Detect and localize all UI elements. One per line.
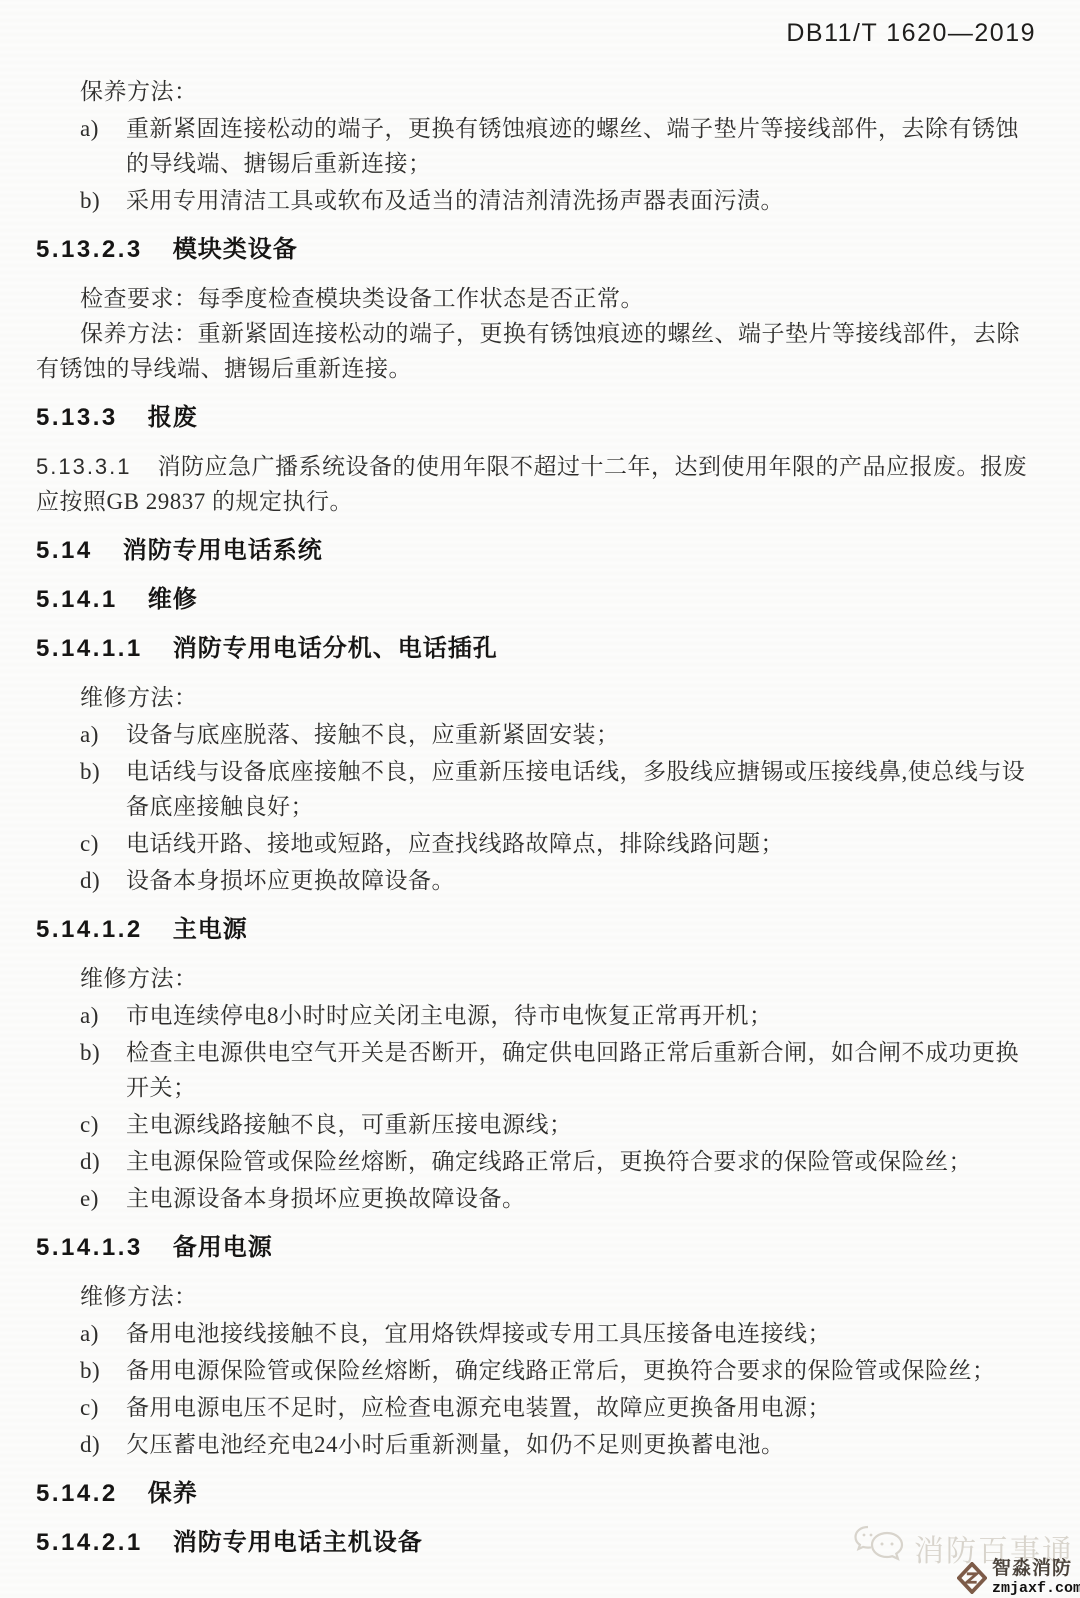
list-marker: a) bbox=[80, 717, 126, 752]
list-item-text: 电话线开路、接地或短路，应查找线路故障点，排除线路问题； bbox=[126, 826, 1036, 861]
section-title: 主电源 bbox=[173, 912, 248, 947]
section-title: 消防专用电话系统 bbox=[123, 533, 323, 568]
section-heading-backup-power: 5.14.1.3 备用电源 bbox=[36, 1230, 1036, 1265]
list-item-text: 备用电池接线接触不良，宜用烙铁焊接或专用工具压接备电连接线； bbox=[126, 1316, 1036, 1351]
list-marker: d) bbox=[80, 863, 126, 898]
company-logo: 智淼消防 zmjaxf.com bbox=[957, 1559, 1080, 1596]
section-heading-phone-host: 5.14.2.1 消防专用电话主机设备 bbox=[36, 1525, 1036, 1560]
list-item: a) 设备与底座脱落、接触不良，应重新紧固安装； bbox=[36, 717, 1036, 752]
list-item: a) 备用电池接线接触不良，宜用烙铁焊接或专用工具压接备电连接线； bbox=[36, 1316, 1036, 1351]
list-item: c) 主电源线路接触不良，可重新压接电源线； bbox=[36, 1107, 1036, 1142]
list-marker: b) bbox=[80, 1035, 126, 1105]
list-item: a) 重新紧固连接松动的端子，更换有锈蚀痕迹的螺丝、端子垫片等接线部件，去除有锈… bbox=[36, 111, 1036, 181]
clause-number: 5.13.3.1 bbox=[36, 449, 132, 484]
list-item: c) 备用电源电压不足时，应检查电源充电装置，故障应更换备用电源； bbox=[36, 1390, 1036, 1425]
list-item-text: 备用电源保险管或保险丝熔断，确定线路正常后，更换符合要求的保险管或保险丝； bbox=[126, 1353, 1036, 1388]
list-marker: b) bbox=[80, 754, 126, 824]
section-heading-repair: 5.14.1 维修 bbox=[36, 582, 1036, 617]
list-item-text: 欠压蓄电池经充电24小时后重新测量，如仍不足则更换蓄电池。 bbox=[126, 1427, 1036, 1462]
list-item: d) 设备本身损坏应更换故障设备。 bbox=[36, 863, 1036, 898]
section-number: 5.14.2 bbox=[36, 1476, 118, 1511]
list-item-text: 主电源设备本身损坏应更换故障设备。 bbox=[126, 1181, 1036, 1216]
document-page: DB11/T 1620—2019 保养方法： a) 重新紧固连接松动的端子，更换… bbox=[0, 0, 1080, 1560]
section-heading-upkeep: 5.14.2 保养 bbox=[36, 1476, 1036, 1511]
section-title: 报废 bbox=[148, 400, 198, 435]
section-number: 5.13.3 bbox=[36, 400, 118, 435]
paragraph-repair-method-label: 维修方法： bbox=[36, 680, 1036, 715]
list-marker: a) bbox=[80, 1316, 126, 1351]
paragraph-check-requirement: 检查要求：每季度检查模块类设备工作状态是否正常。 bbox=[36, 281, 1036, 316]
list-marker: c) bbox=[80, 1107, 126, 1142]
list-item-text: 主电源保险管或保险丝熔断，确定线路正常后，更换符合要求的保险管或保险丝； bbox=[126, 1144, 1036, 1179]
list-marker: e) bbox=[80, 1181, 126, 1216]
list-marker: b) bbox=[80, 1353, 126, 1388]
list-marker: c) bbox=[80, 826, 126, 861]
section-title: 备用电源 bbox=[173, 1230, 273, 1265]
section-title: 维修 bbox=[148, 582, 198, 617]
section-heading-scrap: 5.13.3 报废 bbox=[36, 400, 1036, 435]
paragraph-maintenance-method-label: 保养方法： bbox=[36, 74, 1036, 109]
company-name: 智淼消防 bbox=[992, 1559, 1080, 1578]
list-item-text: 主电源线路接触不良，可重新压接电源线； bbox=[126, 1107, 1036, 1142]
list-marker: d) bbox=[80, 1144, 126, 1179]
list-item-text: 备用电源电压不足时，应检查电源充电装置，故障应更换备用电源； bbox=[126, 1390, 1036, 1425]
list-item-text: 采用专用清洁工具或软布及适当的清洁剂清洗扬声器表面污渍。 bbox=[126, 183, 1036, 218]
section-number: 5.14.1.2 bbox=[36, 912, 143, 947]
list-item-text: 重新紧固连接松动的端子，更换有锈蚀痕迹的螺丝、端子垫片等接线部件，去除有锈蚀的导… bbox=[126, 111, 1036, 181]
list-item: a) 市电连续停电8小时时应关闭主电源，待市电恢复正常再开机； bbox=[36, 998, 1036, 1033]
section-heading-phone-extension: 5.14.1.1 消防专用电话分机、电话插孔 bbox=[36, 631, 1036, 666]
list-item-text: 检查主电源供电空气开关是否断开，确定供电回路正常后重新合闸，如合闸不成功更换开关… bbox=[126, 1035, 1036, 1105]
list-item: e) 主电源设备本身损坏应更换故障设备。 bbox=[36, 1181, 1036, 1216]
paragraph-maintenance-method: 保养方法：重新紧固连接松动的端子，更换有锈蚀痕迹的螺丝、端子垫片等接线部件，去除… bbox=[36, 316, 1036, 386]
section-heading-modules: 5.13.2.3 模块类设备 bbox=[36, 232, 1036, 267]
page-header: DB11/T 1620—2019 bbox=[36, 18, 1036, 48]
clause-paragraph: 5.13.3.1消防应急广播系统设备的使用年限不超过十二年，达到使用年限的产品应… bbox=[36, 449, 1036, 519]
section-number: 5.14.1 bbox=[36, 582, 118, 617]
section-title: 消防专用电话分机、电话插孔 bbox=[173, 631, 498, 666]
section-title: 消防专用电话主机设备 bbox=[173, 1525, 423, 1560]
list-marker: a) bbox=[80, 998, 126, 1033]
section-heading-phone-system: 5.14 消防专用电话系统 bbox=[36, 533, 1036, 568]
section-title: 保养 bbox=[148, 1476, 198, 1511]
section-title: 模块类设备 bbox=[173, 232, 298, 267]
list-item: b) 采用专用清洁工具或软布及适当的清洁剂清洗扬声器表面污渍。 bbox=[36, 183, 1036, 218]
list-item: d) 欠压蓄电池经充电24小时后重新测量，如仍不足则更换蓄电池。 bbox=[36, 1427, 1036, 1462]
list-item-text: 电话线与设备底座接触不良，应重新压接电话线，多股线应搪锡或压接线鼻,使总线与设备… bbox=[126, 754, 1036, 824]
company-domain: zmjaxf.com bbox=[992, 1581, 1080, 1596]
doc-code: DB11/T 1620—2019 bbox=[786, 19, 1036, 47]
section-number: 5.13.2.3 bbox=[36, 232, 143, 267]
section-heading-main-power: 5.14.1.2 主电源 bbox=[36, 912, 1036, 947]
list-item: c) 电话线开路、接地或短路，应查找线路故障点，排除线路问题； bbox=[36, 826, 1036, 861]
company-logo-text: 智淼消防 zmjaxf.com bbox=[992, 1559, 1080, 1596]
section-number: 5.14.1.1 bbox=[36, 631, 143, 666]
list-marker: b) bbox=[80, 183, 126, 218]
list-item: b) 备用电源保险管或保险丝熔断，确定线路正常后，更换符合要求的保险管或保险丝； bbox=[36, 1353, 1036, 1388]
diamond-logo-icon bbox=[957, 1562, 987, 1594]
paragraph-repair-method-label: 维修方法： bbox=[36, 1279, 1036, 1314]
list-item: d) 主电源保险管或保险丝熔断，确定线路正常后，更换符合要求的保险管或保险丝； bbox=[36, 1144, 1036, 1179]
list-marker: a) bbox=[80, 111, 126, 181]
list-item-text: 设备与底座脱落、接触不良，应重新紧固安装； bbox=[126, 717, 1036, 752]
section-number: 5.14 bbox=[36, 533, 93, 568]
clause-text: 消防应急广播系统设备的使用年限不超过十二年，达到使用年限的产品应报废。报废应按照… bbox=[36, 454, 1027, 514]
list-item-text: 市电连续停电8小时时应关闭主电源，待市电恢复正常再开机； bbox=[126, 998, 1036, 1033]
list-item-text: 设备本身损坏应更换故障设备。 bbox=[126, 863, 1036, 898]
section-number: 5.14.1.3 bbox=[36, 1230, 143, 1265]
list-marker: c) bbox=[80, 1390, 126, 1425]
section-number: 5.14.2.1 bbox=[36, 1525, 143, 1560]
list-item: b) 检查主电源供电空气开关是否断开，确定供电回路正常后重新合闸，如合闸不成功更… bbox=[36, 1035, 1036, 1105]
list-marker: d) bbox=[80, 1427, 126, 1462]
paragraph-repair-method-label: 维修方法： bbox=[36, 961, 1036, 996]
list-item: b) 电话线与设备底座接触不良，应重新压接电话线，多股线应搪锡或压接线鼻,使总线… bbox=[36, 754, 1036, 824]
